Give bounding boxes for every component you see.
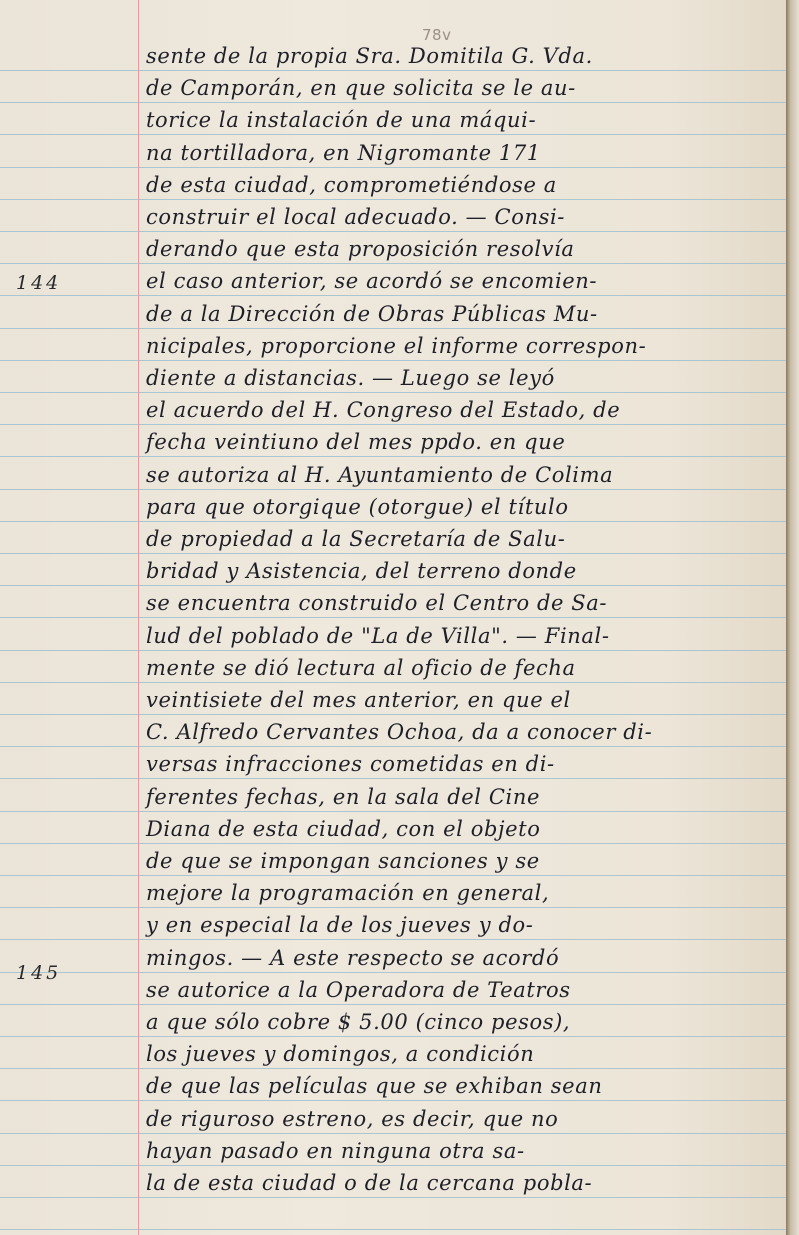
text-line: y en especial la de los jueves y do- bbox=[146, 913, 533, 937]
text-line: veintisiete del mes anterior, en que el bbox=[146, 688, 571, 712]
text-line: mente se dió lectura al oficio de fecha bbox=[146, 656, 576, 680]
text-line: hayan pasado en ninguna otra sa- bbox=[146, 1139, 525, 1163]
text-line: se encuentra construido el Centro de Sa- bbox=[146, 591, 607, 615]
text-line: Diana de esta ciudad, con el objeto bbox=[146, 817, 540, 841]
rule-line bbox=[0, 102, 786, 103]
text-line: sente de la propia Sra. Domitila G. Vda. bbox=[146, 44, 593, 68]
ledger-page: 78v 144 145 sente de la propia Sra. Domi… bbox=[0, 0, 786, 1235]
text-line: la de esta ciudad o de la cercana pobla- bbox=[146, 1171, 592, 1195]
text-line: de a la Dirección de Obras Públicas Mu- bbox=[146, 302, 598, 326]
rule-line bbox=[0, 811, 786, 812]
rule-line bbox=[0, 907, 786, 908]
rule-line bbox=[0, 167, 786, 168]
entry-number-145: 145 bbox=[16, 962, 61, 984]
text-line: bridad y Asistencia, del terreno donde bbox=[146, 559, 577, 583]
text-line: fecha veintiuno del mes ppdo. en que bbox=[146, 430, 565, 454]
text-line: el acuerdo del H. Congreso del Estado, d… bbox=[146, 398, 620, 422]
rule-line bbox=[0, 134, 786, 135]
rule-line bbox=[0, 617, 786, 618]
rule-line bbox=[0, 1165, 786, 1166]
rule-line bbox=[0, 939, 786, 940]
text-line: diente a distancias. — Luego se leyó bbox=[146, 366, 555, 390]
rule-line bbox=[0, 1100, 786, 1101]
rule-line bbox=[0, 875, 786, 876]
entry-number-144: 144 bbox=[16, 272, 61, 294]
text-line: ferentes fechas, en la sala del Cine bbox=[146, 785, 540, 809]
rule-line bbox=[0, 231, 786, 232]
text-line: el caso anterior, se acordó se encomien- bbox=[146, 269, 597, 293]
red-margin-line bbox=[138, 0, 139, 1235]
text-line: lud del poblado de "La de Villa". — Fina… bbox=[146, 624, 610, 648]
rule-line bbox=[0, 295, 786, 296]
rule-line bbox=[0, 972, 786, 973]
text-line: los jueves y domingos, a condición bbox=[146, 1042, 534, 1066]
rule-line bbox=[0, 360, 786, 361]
rule-line bbox=[0, 553, 786, 554]
rule-line bbox=[0, 1004, 786, 1005]
rule-line bbox=[0, 585, 786, 586]
rule-line bbox=[0, 70, 786, 71]
rule-line bbox=[0, 263, 786, 264]
text-line: se autorice a la Operadora de Teatros bbox=[146, 978, 571, 1002]
text-line: nicipales, proporcione el informe corres… bbox=[146, 334, 646, 358]
rule-line bbox=[0, 489, 786, 490]
text-line: se autoriza al H. Ayuntamiento de Colima bbox=[146, 463, 613, 487]
text-line: para que otorgique (otorgue) el título bbox=[146, 495, 569, 519]
rule-line bbox=[0, 1133, 786, 1134]
text-line: de que se impongan sanciones y se bbox=[146, 849, 540, 873]
text-line: mejore la programación en general, bbox=[146, 881, 549, 905]
text-line: derando que esta proposición resolvía bbox=[146, 237, 575, 261]
book-binding-edge bbox=[786, 0, 799, 1235]
text-line: de riguroso estreno, es decir, que no bbox=[146, 1107, 558, 1131]
rule-line bbox=[0, 714, 786, 715]
rule-line bbox=[0, 1068, 786, 1069]
text-line: a que sólo cobre $ 5.00 (cinco pesos), bbox=[146, 1010, 570, 1034]
rule-line bbox=[0, 456, 786, 457]
rule-line bbox=[0, 778, 786, 779]
rule-line bbox=[0, 746, 786, 747]
text-line: versas infracciones cometidas en di- bbox=[146, 752, 555, 776]
rule-line bbox=[0, 682, 786, 683]
text-line: de que las películas que se exhiban sean bbox=[146, 1074, 602, 1098]
text-line: construir el local adecuado. — Consi- bbox=[146, 205, 565, 229]
folio-number: 78v bbox=[422, 26, 451, 44]
rule-line bbox=[0, 199, 786, 200]
rule-line bbox=[0, 650, 786, 651]
text-line: de propiedad a la Secretaría de Salu- bbox=[146, 527, 565, 551]
rule-line bbox=[0, 392, 786, 393]
text-line: na tortilladora, en Nigromante 171 bbox=[146, 141, 541, 165]
text-line: C. Alfredo Cervantes Ochoa, da a conocer… bbox=[146, 720, 652, 744]
text-line: torice la instalación de una máqui- bbox=[146, 108, 536, 132]
rule-line bbox=[0, 521, 786, 522]
rule-line bbox=[0, 424, 786, 425]
rule-line bbox=[0, 1229, 786, 1230]
rule-line bbox=[0, 1036, 786, 1037]
rule-line bbox=[0, 328, 786, 329]
rule-line bbox=[0, 843, 786, 844]
text-line: de esta ciudad, comprometiéndose a bbox=[146, 173, 557, 197]
rule-line bbox=[0, 1197, 786, 1198]
text-line: de Camporán, en que solicita se le au- bbox=[146, 76, 576, 100]
text-line: mingos. — A este respecto se acordó bbox=[146, 946, 559, 970]
